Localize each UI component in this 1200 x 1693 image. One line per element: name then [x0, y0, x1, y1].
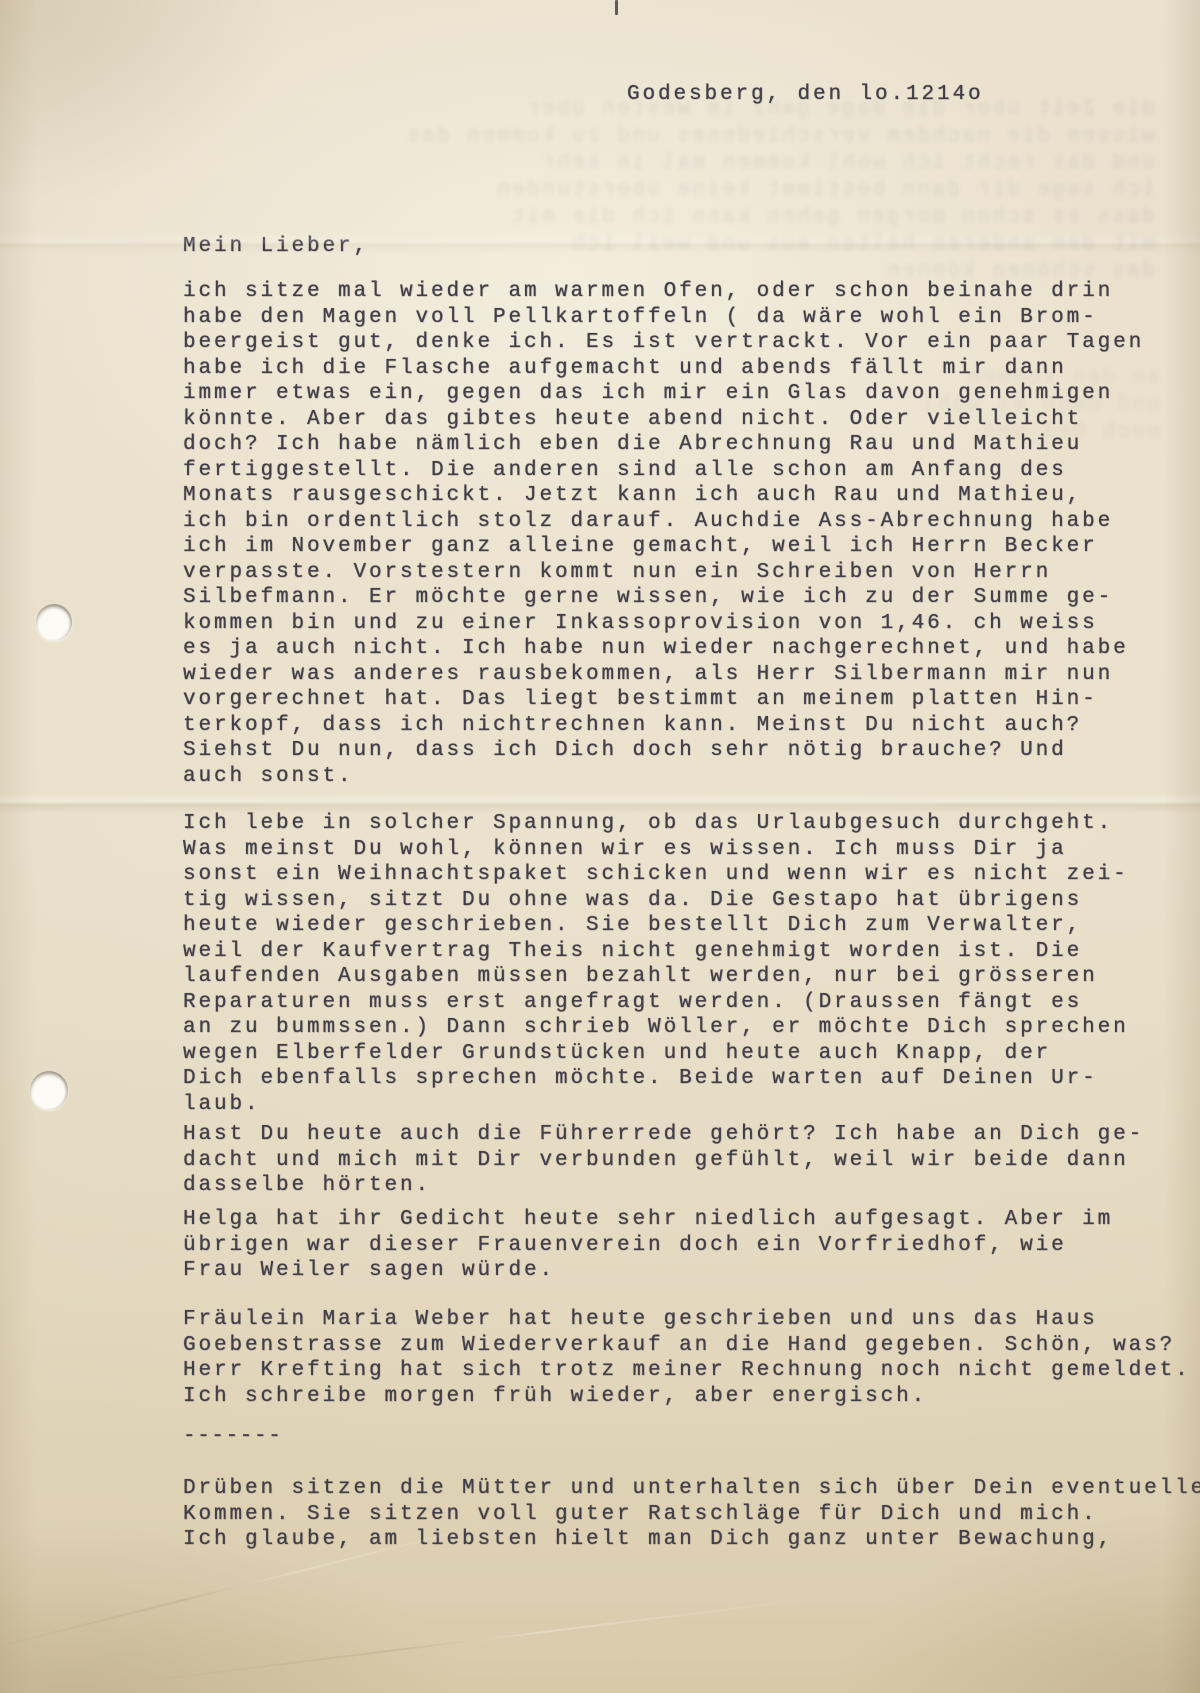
punch-hole-bottom	[30, 1071, 68, 1110]
crease-diagonal-bottom	[122, 1597, 817, 1684]
paragraph-6: Drüben sitzen die Mütter und unterhalten…	[183, 1476, 1200, 1553]
scanned-letter-page: die Zeit über die dage ganz im Westen üb…	[0, 0, 1200, 1693]
bleedthrough-text-top: die Zeit über die dage ganz im Westen üb…	[295, 96, 1155, 285]
separator-dashes: -------	[183, 1424, 282, 1450]
paragraph-2: Ich lebe in solcher Spannung, ob das Url…	[183, 811, 1129, 1117]
dateline: Godesberg, den lo.1214o	[627, 82, 984, 108]
punch-hole-top	[36, 604, 72, 641]
top-edge-mark	[615, 0, 618, 15]
paragraph-1: ich sitze mal wieder am warmen Ofen, ode…	[183, 279, 1144, 789]
paragraph-3: Hast Du heute auch die Führerrede gehört…	[183, 1122, 1144, 1199]
fold-crease-horizontal-upper	[0, 232, 1200, 254]
salutation: Mein Lieber,	[183, 234, 369, 260]
paragraph-5: Fräulein Maria Weber hat heute geschrieb…	[183, 1307, 1191, 1409]
paragraph-4: Helga hat ihr Gedicht heute sehr niedlic…	[183, 1207, 1113, 1284]
